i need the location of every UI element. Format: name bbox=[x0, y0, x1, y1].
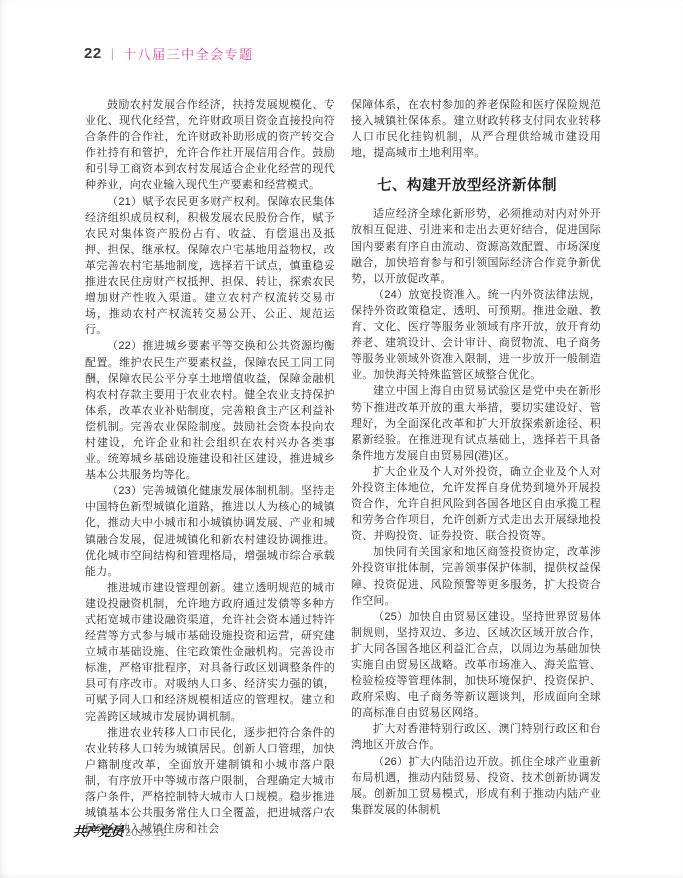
body-paragraph: 保障体系，在农村参加的养老保险和医疗保险规范接入城镇社保体系。建立财政转移支付同… bbox=[351, 97, 601, 161]
body-paragraph: （25）加快自由贸易区建设。坚持世界贸易体制规则，坚持双边、多边、区域次区域开放… bbox=[351, 609, 601, 722]
body-paragraph: （22）推进城乡要素平等交换和公共资源均衡配置。维护农民生产要素权益，保障农民工… bbox=[85, 338, 335, 483]
page-footer: 共产党员 2013.12 bbox=[73, 821, 167, 840]
body-paragraph: （21）赋予农民更多财产权利。保障农民集体经济组织成员权利，积极发展农民股份合作… bbox=[85, 194, 335, 339]
body-paragraph: 加快同有关国家和地区商签投资协定，改革涉外投资审批体制，完善领事保护体制，提供权… bbox=[351, 544, 601, 608]
body-paragraph: （24）放宽投资准入。统一内外资法律法规，保持外资政策稳定、透明、可预期。推进金… bbox=[351, 287, 601, 384]
body-paragraph: 鼓励农村发展合作经济，扶持发展规模化、专业化、现代化经营，允许财政项目资金直接投… bbox=[85, 97, 335, 194]
body-paragraph: 适应经济全球化新形势，必须推动对内对外开放相互促进、引进来和走出去更好结合，促进… bbox=[351, 206, 601, 286]
right-column: 保障体系，在农村参加的养老保险和医疗保险规范接入城镇社保体系。建立财政转移支付同… bbox=[351, 97, 601, 837]
header-divider: | bbox=[111, 46, 114, 61]
issue-number: 2013.12 bbox=[125, 827, 167, 839]
body-paragraph: 推进城市建设管理创新。建立透明规范的城市建设投融资机制，允许地方政府通过发债等多… bbox=[85, 580, 335, 725]
header-topic: 十八届三中全会专题 bbox=[123, 44, 254, 63]
magazine-logo: 共产党员 bbox=[73, 821, 123, 840]
left-column: 鼓励农村发展合作经济，扶持发展规模化、专业化、现代化经营，允许财政项目资金直接投… bbox=[85, 97, 335, 837]
body-paragraph: （26）扩大内陆沿边开放。抓住全球产业重新布局机遇，推动内陆贸易、投资、技术创新… bbox=[351, 754, 601, 818]
body-paragraph: 建立中国上海自由贸易试验区是党中央在新形势下推进改革开放的重大举措，要切实建设好… bbox=[351, 383, 601, 463]
body-paragraph: 扩大对香港特别行政区、澳门特别行政区和台湾地区开放合作。 bbox=[351, 721, 601, 753]
page-number: 22 bbox=[84, 45, 102, 62]
article-body: 鼓励农村发展合作经济，扶持发展规模化、专业化、现代化经营，允许财政项目资金直接投… bbox=[85, 97, 601, 837]
body-paragraph: （23）完善城镇化健康发展体制机制。坚持走中国特色新型城镇化道路，推进以人为核心… bbox=[85, 483, 335, 580]
body-paragraph: 扩大企业及个人对外投资，确立企业及个人对外投资主体地位，允许发挥自身优势到境外开… bbox=[351, 464, 601, 544]
magazine-page: 22 | 十八届三中全会专题 鼓励农村发展合作经济，扶持发展规模化、专业化、现代… bbox=[0, 0, 683, 878]
page-header: 22 | 十八届三中全会专题 bbox=[84, 44, 254, 63]
section-heading: 七、构建开放型经济新体制 bbox=[377, 174, 601, 195]
